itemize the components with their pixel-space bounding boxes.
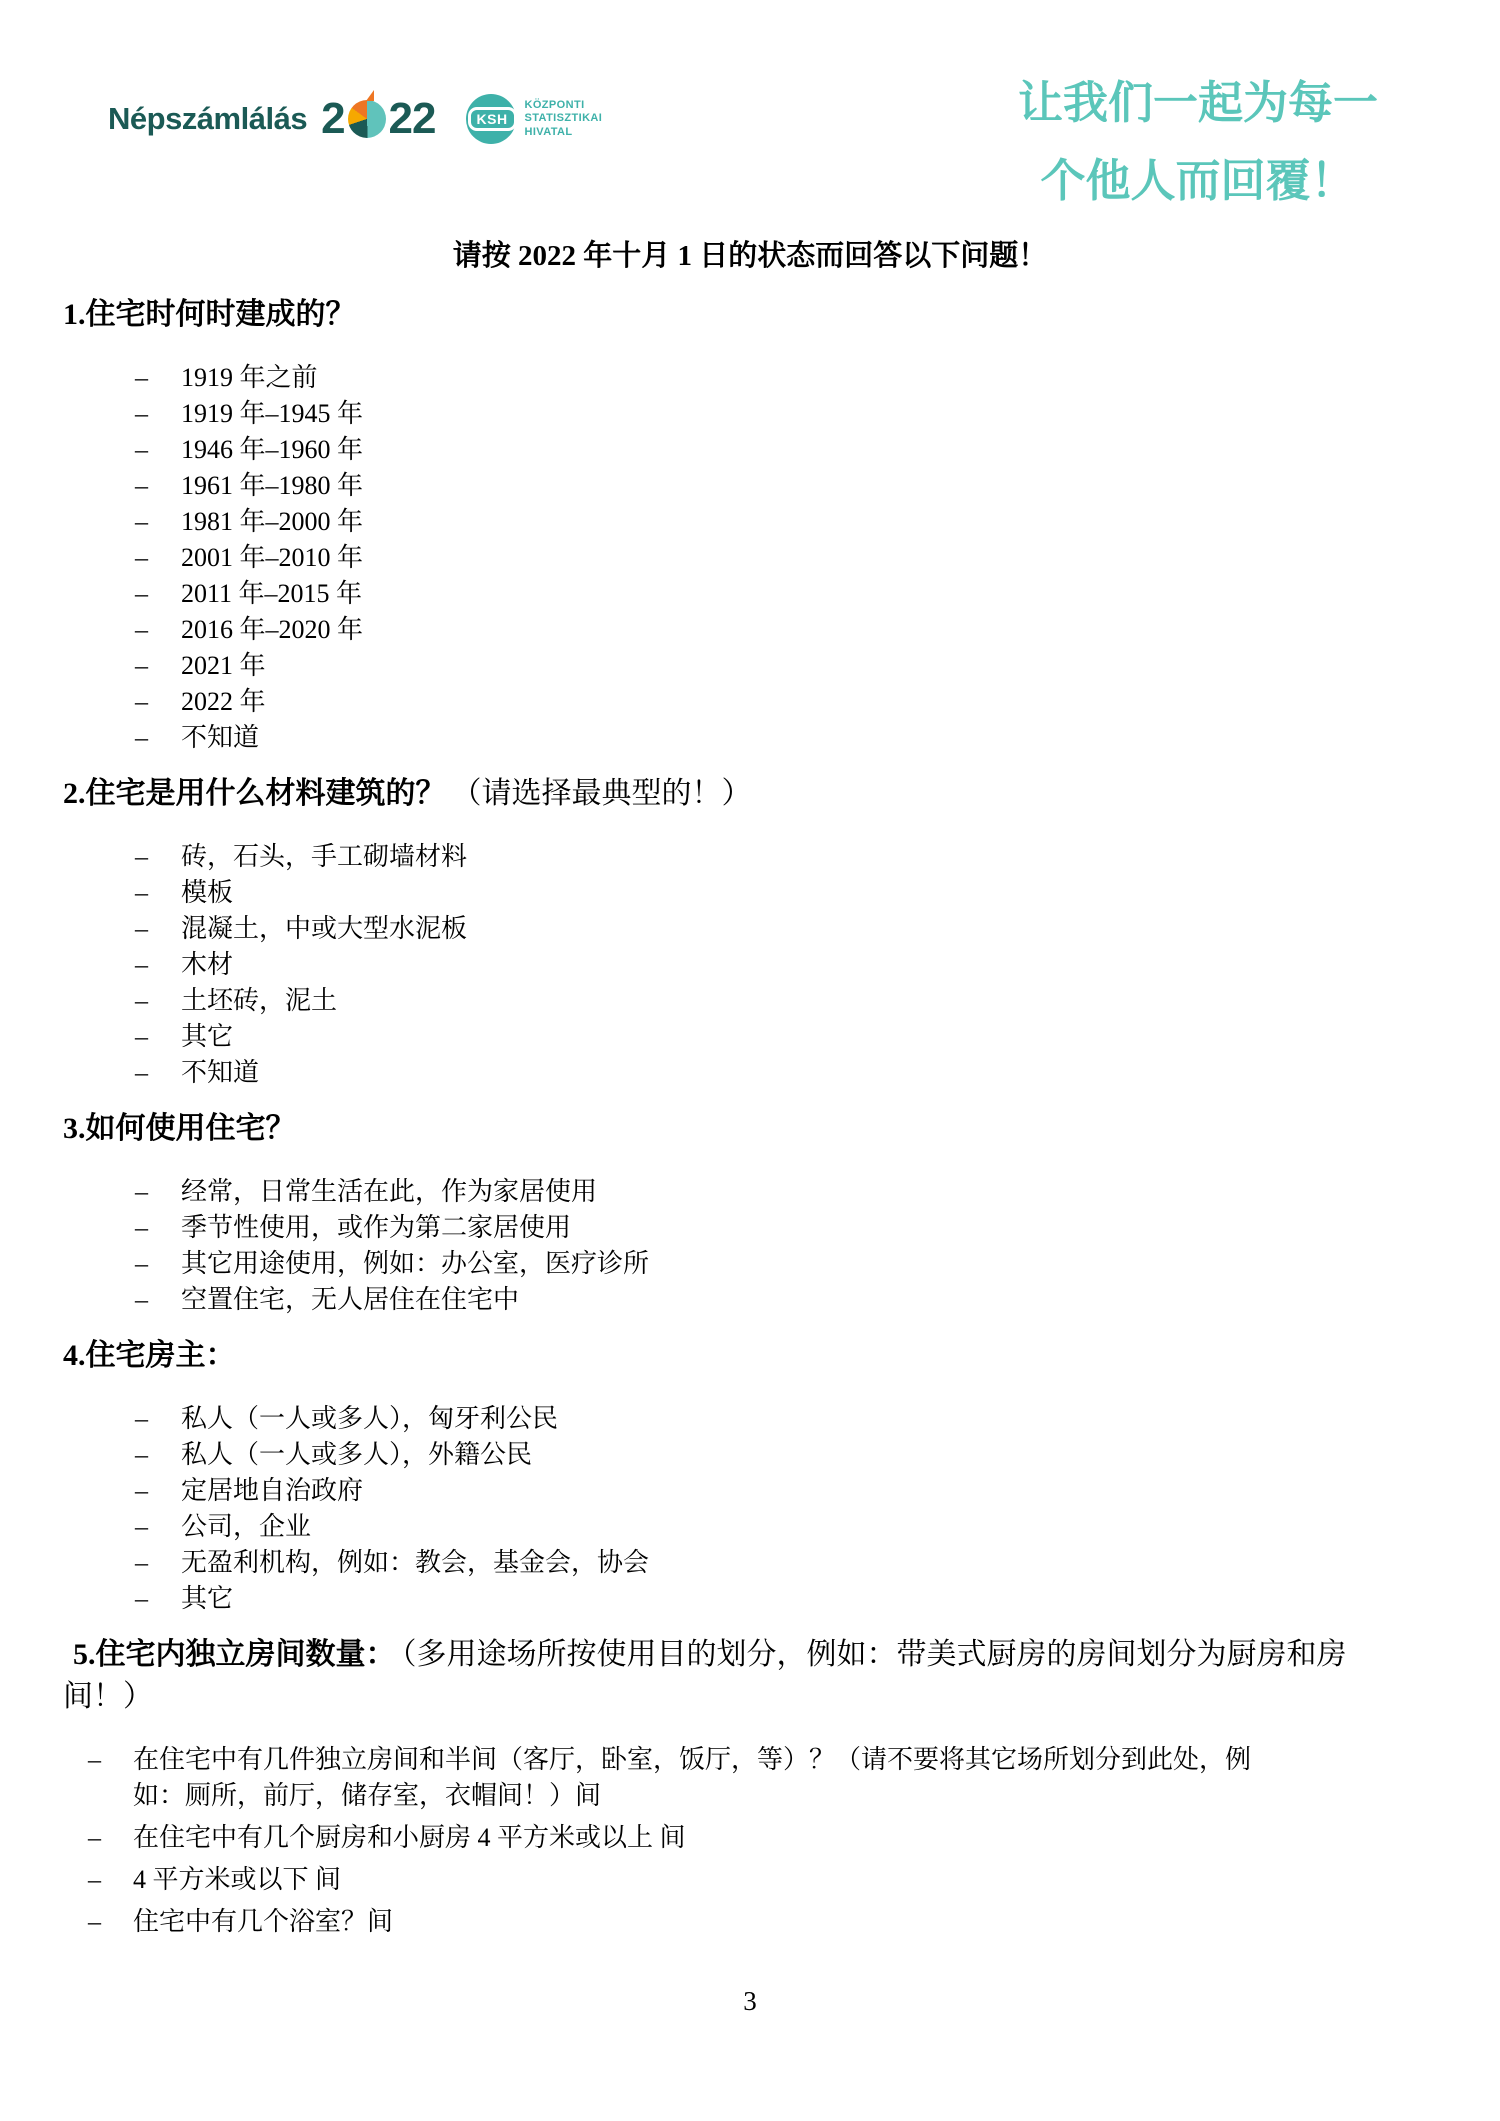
logo-brand-text: Népszámlálás (108, 101, 307, 137)
options-list: 经常，日常生活在此，作为家居使用 季节性使用，或作为第二家居使用 其它用途使用，… (63, 1174, 1437, 1318)
slogan-line-2: 个他人而回覆！ (1008, 142, 1388, 220)
question-title: 3.如何使用住宅？ (63, 1108, 1437, 1150)
option-item: 土坯砖，泥土 (63, 983, 1437, 1019)
option-item: 模板 (63, 875, 1437, 911)
option-item: 混凝土，中或大型水泥板 (63, 911, 1437, 947)
page: Népszámlálás 222 KSH KÖZPONTI STATISZTIK… (0, 0, 1500, 2121)
options-list: 私人（一人或多人），匈牙利公民 私人（一人或多人），外籍公民 定居地自治政府 公… (63, 1401, 1437, 1617)
question-title-text: 5.住宅内独立房间数量： (73, 1638, 396, 1671)
option-item: 无盈利机构，例如：教会，基金会，协会 (63, 1545, 1437, 1581)
question-title: 5.住宅内独立房间数量：（多用途场所按使用目的划分，例如：带美式厨房的房间划分为… (63, 1634, 1403, 1718)
question-title-text: 3.如何使用住宅？ (63, 1112, 296, 1145)
question-4: 4.住宅房主： 私人（一人或多人），匈牙利公民 私人（一人或多人），外籍公民 定… (63, 1335, 1437, 1617)
question-title: 4.住宅房主： (63, 1335, 1437, 1377)
option-item: 4 平方米或以下 间 (63, 1862, 1293, 1898)
logo-year-prefix: 2 (321, 94, 344, 144)
option-item: 定居地自治政府 (63, 1473, 1437, 1509)
option-item: 在住宅中有几个厨房和小厨房 4 平方米或以上 间 (63, 1820, 1293, 1856)
question-title: 2.住宅是用什么材料建筑的？（请选择最典型的！） (63, 773, 1437, 815)
logo-year-suffix: 22 (389, 94, 436, 144)
question-3: 3.如何使用住宅？ 经常，日常生活在此，作为家居使用 季节性使用，或作为第二家居… (63, 1108, 1437, 1318)
ksh-logo: KSH KÖZPONTI STATISZTIKAI HIVATAL (466, 94, 603, 144)
option-item: 1919 年之前 (63, 360, 1437, 396)
option-item: 季节性使用，或作为第二家居使用 (63, 1210, 1437, 1246)
options-list: 砖，石头，手工砌墙材料 模板 混凝土，中或大型水泥板 木材 土坯砖，泥土 其它 … (63, 839, 1437, 1091)
question-note: （请选择最典型的！） (452, 777, 752, 810)
ksh-name-line-2: STATISZTIKAI (525, 112, 603, 126)
option-item: 私人（一人或多人），外籍公民 (63, 1437, 1437, 1473)
option-item: 公司，企业 (63, 1509, 1437, 1545)
logo-year-text: 222 (321, 94, 435, 144)
questionnaire: 请按 2022 年十月 1 日的状态而回答以下问题！ 1.住宅时何时建成的？ 1… (0, 235, 1500, 1940)
option-item: 其它 (63, 1019, 1437, 1055)
option-item: 木材 (63, 947, 1437, 983)
option-item: 2001 年–2010 年 (63, 540, 1437, 576)
ksh-name-text: KÖZPONTI STATISZTIKAI HIVATAL (525, 99, 603, 140)
question-title: 1.住宅时何时建成的？ (63, 294, 1437, 336)
slogan-line-1: 让我们一起为每一 (1008, 64, 1388, 142)
option-item: 住宅中有几个浴室？间 (63, 1904, 1293, 1940)
option-item: 其它用途使用，例如：办公室，医疗诊所 (63, 1246, 1437, 1282)
question-1: 1.住宅时何时建成的？ 1919 年之前 1919 年–1945 年 1946 … (63, 294, 1437, 756)
ksh-name-line-3: HIVATAL (525, 126, 603, 140)
option-item: 不知道 (63, 1055, 1437, 1091)
option-item: 1961 年–1980 年 (63, 468, 1437, 504)
census-logo: Népszámlálás 222 KSH KÖZPONTI STATISZTIK… (108, 94, 602, 144)
ksh-circle-icon: KSH (466, 94, 516, 144)
intro-instruction: 请按 2022 年十月 1 日的状态而回答以下问题！ (63, 235, 1437, 277)
option-item: 其它 (63, 1581, 1437, 1617)
option-item: 在住宅中有几件独立房间和半间（客厅，卧室，饭厅，等）？（请不要将其它场所划分到此… (63, 1742, 1293, 1814)
options-list: 1919 年之前 1919 年–1945 年 1946 年–1960 年 196… (63, 360, 1437, 756)
question-title-text: 2.住宅是用什么材料建筑的？ (63, 777, 446, 810)
option-item: 空置住宅，无人居住在住宅中 (63, 1282, 1437, 1318)
option-item: 私人（一人或多人），匈牙利公民 (63, 1401, 1437, 1437)
page-number: 3 (0, 1986, 1500, 2017)
options-list: 在住宅中有几件独立房间和半间（客厅，卧室，饭厅，等）？（请不要将其它场所划分到此… (63, 1742, 1437, 1940)
question-5: 5.住宅内独立房间数量：（多用途场所按使用目的划分，例如：带美式厨房的房间划分为… (63, 1634, 1437, 1940)
option-item: 不知道 (63, 720, 1437, 756)
option-item: 2016 年–2020 年 (63, 612, 1437, 648)
option-item: 2021 年 (63, 648, 1437, 684)
option-item: 1981 年–2000 年 (63, 504, 1437, 540)
ksh-name-line-1: KÖZPONTI (525, 99, 603, 113)
question-2: 2.住宅是用什么材料建筑的？（请选择最典型的！） 砖，石头，手工砌墙材料 模板 … (63, 773, 1437, 1091)
ksh-abbr-badge: KSH (468, 107, 517, 131)
question-title-text: 1.住宅时何时建成的？ (63, 298, 356, 331)
pie-flag-icon (366, 90, 374, 101)
slogan: 让我们一起为每一 个他人而回覆！ (1008, 64, 1388, 220)
option-item: 1946 年–1960 年 (63, 432, 1437, 468)
option-item: 砖，石头，手工砌墙材料 (63, 839, 1437, 875)
option-item: 经常，日常生活在此，作为家居使用 (63, 1174, 1437, 1210)
option-item: 2011 年–2015 年 (63, 576, 1437, 612)
option-item: 1919 年–1945 年 (63, 396, 1437, 432)
question-title-text: 4.住宅房主： (63, 1339, 236, 1372)
option-item: 2022 年 (63, 684, 1437, 720)
pie-chart-icon (348, 100, 386, 138)
header: Népszámlálás 222 KSH KÖZPONTI STATISZTIK… (0, 0, 1500, 235)
